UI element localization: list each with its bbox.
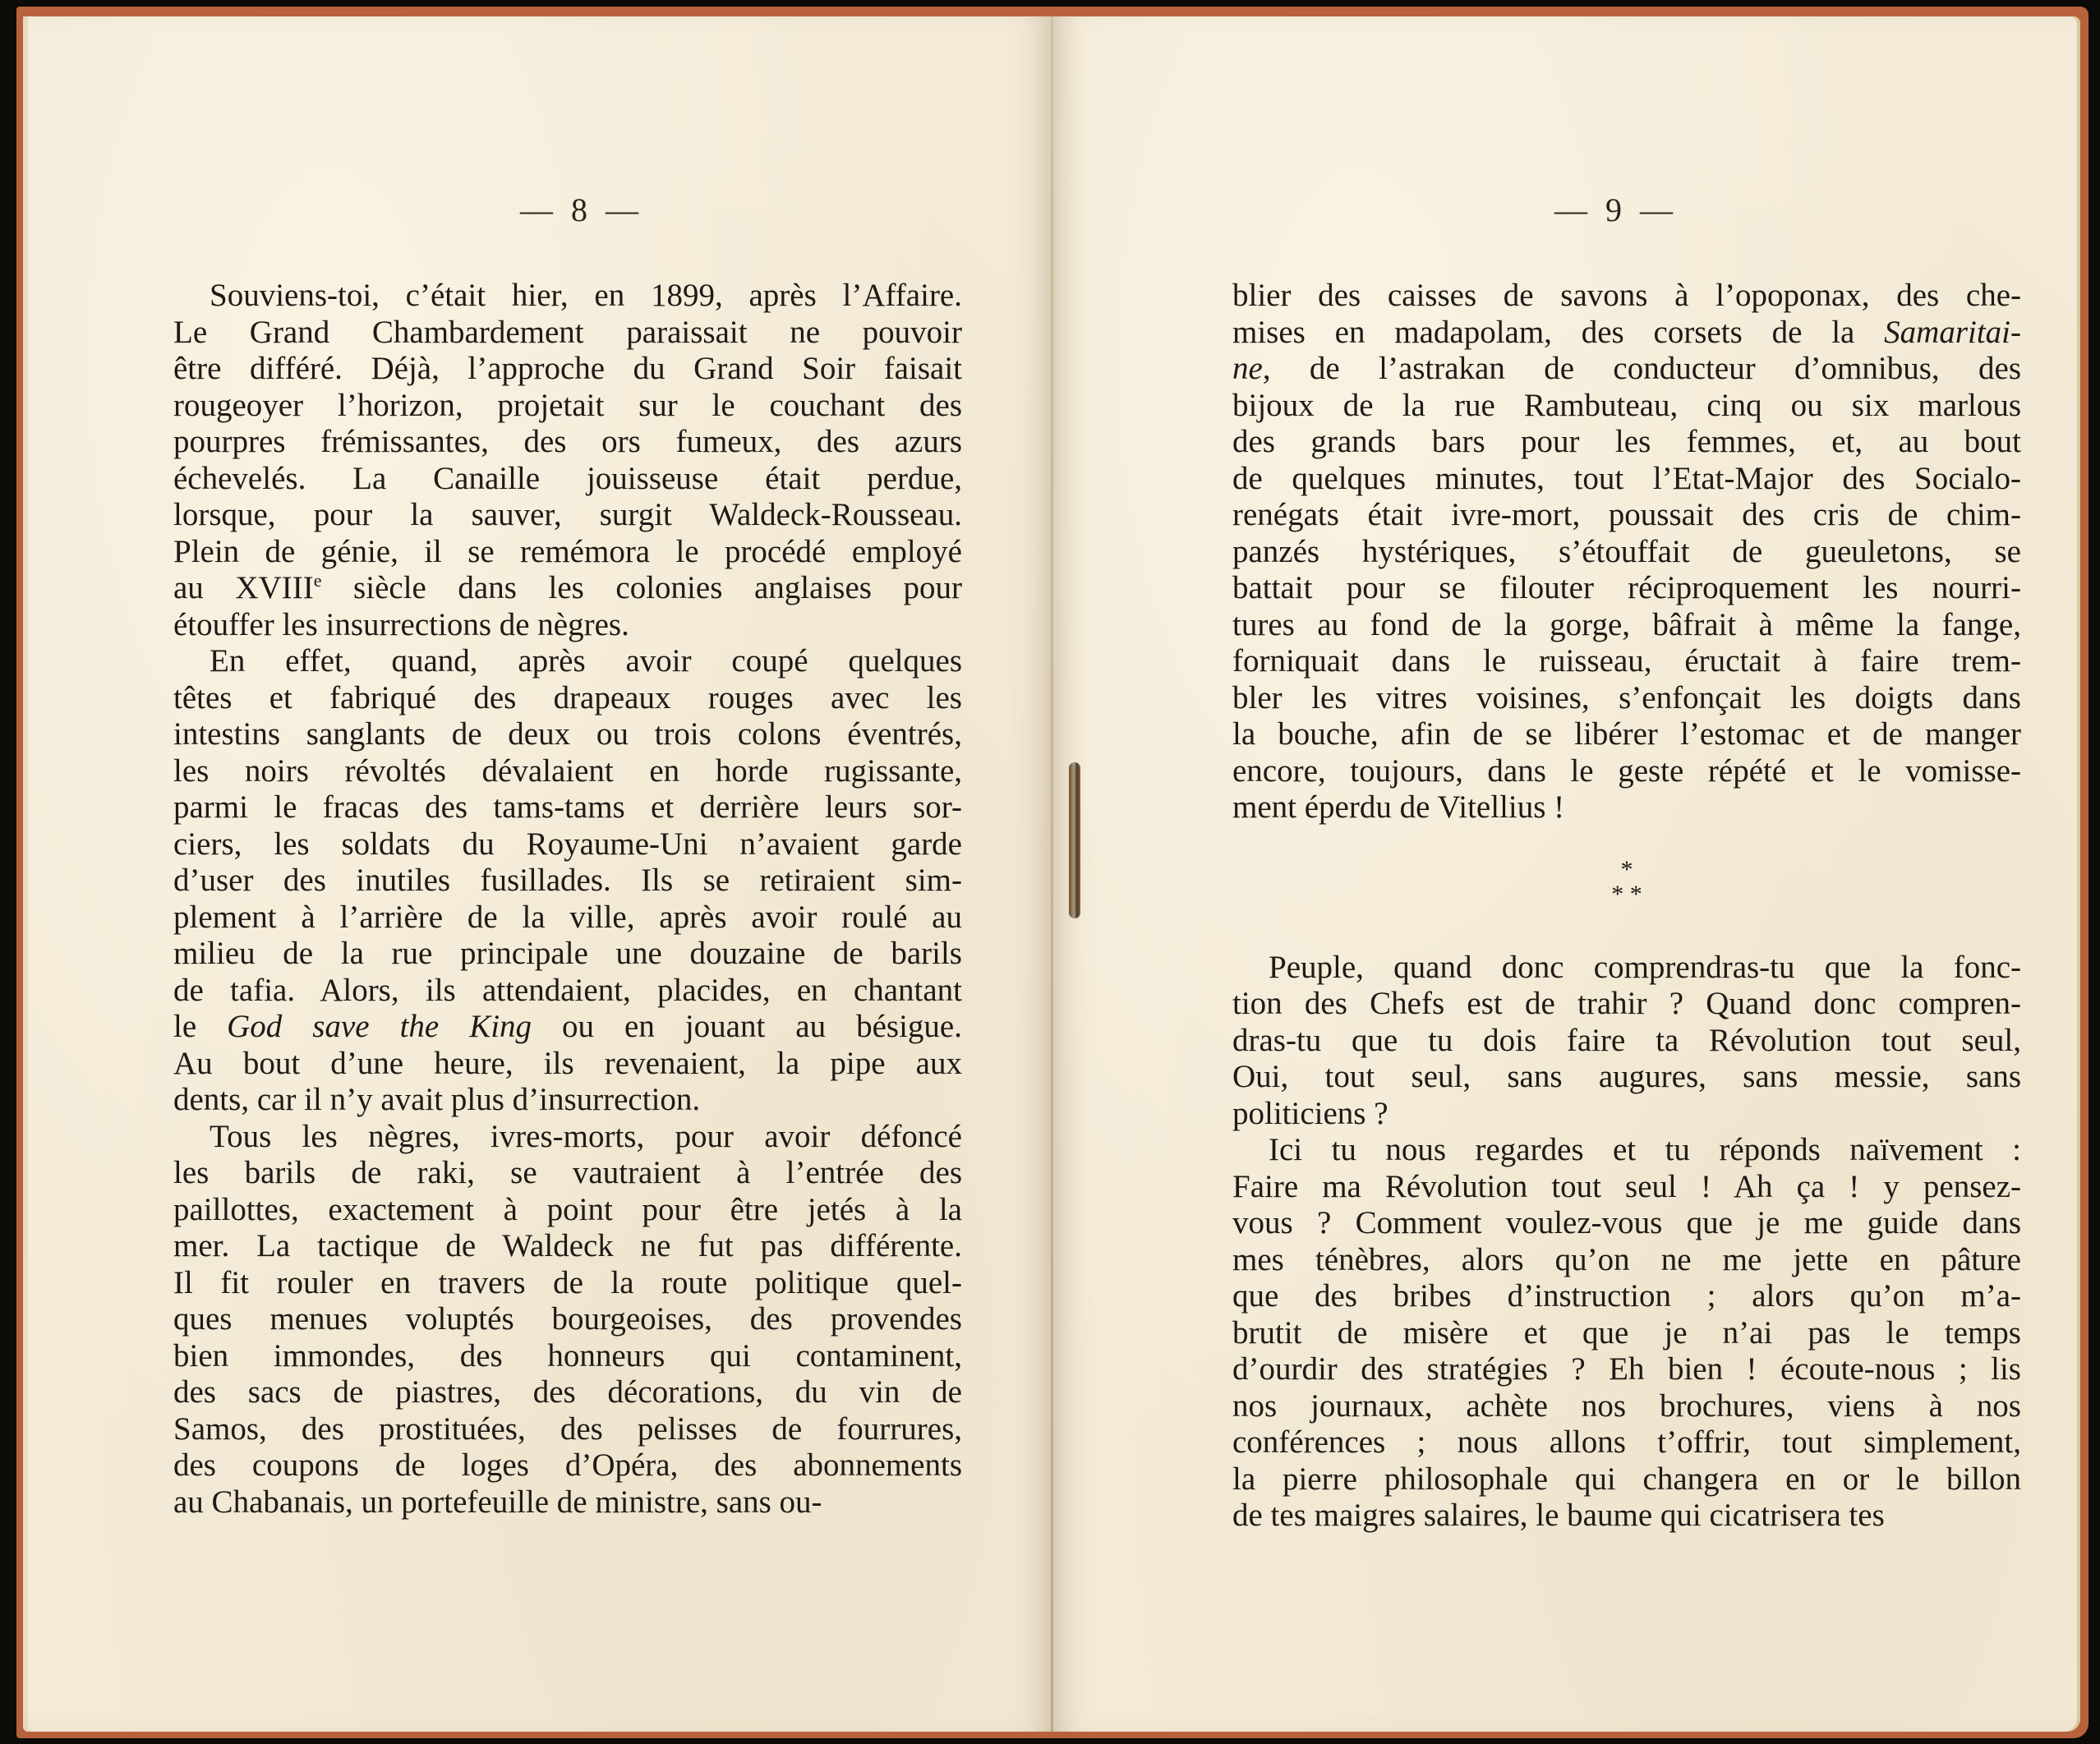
text-line: parmi le fracas des tams-tams et derrièr… xyxy=(173,789,962,826)
text-line: d’ourdir des stratégies ? Eh bien ! écou… xyxy=(1232,1351,2021,1388)
text-line: bijoux de la rue Rambuteau, cinq ou six … xyxy=(1232,388,2021,425)
text-line: têtes et fabriqué des drapeaux rouges av… xyxy=(173,680,962,717)
text-line: de quelques minutes, tout l’Etat-Major d… xyxy=(1232,461,2021,498)
text-line: tion des Chefs est de trahir ? Quand don… xyxy=(1232,986,2021,1023)
text-line: dents, car il n’y avait plus d’insurrect… xyxy=(173,1082,962,1119)
text-line: des grands bars pour les femmes, et, au … xyxy=(1232,424,2021,461)
text-line: lorsque, pour la sauver, surgit Waldeck-… xyxy=(173,497,962,534)
text-line: mises en madapolam, des corsets de la Sa… xyxy=(1232,315,2021,352)
text-line: Ici tu nous regardes et tu réponds naïve… xyxy=(1232,1132,2021,1169)
paragraph-1: Souviens-toi, c’était hier, en 1899, apr… xyxy=(173,278,962,643)
text-line: bien immondes, des honneurs qui contamin… xyxy=(173,1338,962,1375)
text-line: nos journaux, achète nos brochures, vien… xyxy=(1232,1388,2021,1425)
text-line: Oui, tout seul, sans augures, sans messi… xyxy=(1232,1059,2021,1096)
text-line: être différé. Déjà, l’approche du Grand … xyxy=(173,351,962,388)
text-line: mer. La tactique de Waldeck ne fut pas d… xyxy=(173,1228,962,1265)
text-line: paillottes, exactement à point pour être… xyxy=(173,1192,962,1229)
text-line: au Chabanais, un portefeuille de ministr… xyxy=(173,1484,962,1521)
right-page-text: blier des caisses de savons à l’opoponax… xyxy=(1232,278,2021,1535)
paragraph-3: Tous les nègres, ivres-morts, pour avoir… xyxy=(173,1119,962,1521)
text-line: Souviens-toi, c’était hier, en 1899, apr… xyxy=(173,278,962,315)
text-line: la bouche, afin de se libérer l’estomac … xyxy=(1232,716,2021,753)
text-line: Faire ma Révolution tout seul ! Ah ça ! … xyxy=(1232,1169,2021,1206)
text-line: battait pour se filouter réciproquement … xyxy=(1232,570,2021,607)
text-line: que des bribes d’instruction ; alors qu’… xyxy=(1232,1278,2021,1315)
text-line: au XVIIIe siècle dans les colonies angla… xyxy=(173,570,962,607)
text-line: Au bout d’une heure, ils revenaient, la … xyxy=(173,1046,962,1083)
text-line: renégats était ivre-mort, poussait des c… xyxy=(1232,497,2021,534)
text-line: d’user des inutiles fusillades. Ils se r… xyxy=(173,863,962,900)
text-line: intestins sanglants de deux ou trois col… xyxy=(173,716,962,753)
text-line: Peuple, quand donc comprendras-tu que la… xyxy=(1232,950,2021,987)
text-line: conférences ; nous allons t’offrir, tout… xyxy=(1232,1424,2021,1461)
text-line: bler les vitres voisines, s’enfonçait le… xyxy=(1232,680,2021,717)
text-line: milieu de la rue principale une douzaine… xyxy=(173,936,962,973)
text-line: forniquait dans le ruisseau, éructait à … xyxy=(1232,643,2021,680)
asterism-top: * xyxy=(1232,858,2021,882)
text-line: ques menues voluptés bourgeoises, des pr… xyxy=(173,1301,962,1338)
text-line: ciers, les soldats du Royaume-Uni n’avai… xyxy=(173,826,962,863)
text-line: Le Grand Chambardement paraissait ne pou… xyxy=(173,315,962,352)
text-line: des coupons de loges d’Opéra, des abonne… xyxy=(173,1447,962,1484)
text-line: le God save the King ou en jouant au bés… xyxy=(173,1009,962,1046)
text-line: plement à l’arrière de la ville, après a… xyxy=(173,900,962,936)
left-page: — 8 — Souviens-toi, c’était hier, en 189… xyxy=(23,16,1052,1732)
text-line: échevelés. La Canaille jouisseuse était … xyxy=(173,461,962,498)
paragraph-3: Ici tu nous regardes et tu réponds naïve… xyxy=(1232,1132,2021,1535)
binding-staple xyxy=(1069,762,1080,918)
text-line: blier des caisses de savons à l’opoponax… xyxy=(1232,278,2021,315)
text-line: encore, toujours, dans le geste répété e… xyxy=(1232,753,2021,790)
text-line: de tafia. Alors, ils attendaient, placid… xyxy=(173,973,962,1010)
asterism-bottom: * * xyxy=(1232,882,2021,907)
text-line: des sacs de piastres, des décorations, d… xyxy=(173,1374,962,1411)
text-line: pourpres frémissantes, des ors fumeux, d… xyxy=(173,424,962,461)
text-line: les noirs révoltés dévalaient en horde r… xyxy=(173,753,962,790)
italic-name: Samaritai- xyxy=(1884,315,2021,350)
text-line: mes ténèbres, alors qu’on ne me jette en… xyxy=(1232,1242,2021,1279)
text-line: ment éperdu de Vitellius ! xyxy=(1232,789,2021,826)
text-line: En effet, quand, après avoir coupé quelq… xyxy=(173,643,962,680)
text-line: Il fit rouler en travers de la route pol… xyxy=(173,1265,962,1302)
text-line: les barils de raki, se vautraient à l’en… xyxy=(173,1155,962,1192)
text-line: Tous les nègres, ivres-morts, pour avoir… xyxy=(173,1119,962,1156)
paragraph-2: Peuple, quand donc comprendras-tu que la… xyxy=(1232,950,2021,1133)
text-line: panzés hystériques, s’étouffait de gueul… xyxy=(1232,534,2021,571)
section-break-asterism: * * * xyxy=(1232,858,2021,907)
text-line: politiciens ? xyxy=(1232,1096,2021,1133)
text-line: vous ? Comment voulez-vous que je me gui… xyxy=(1232,1205,2021,1242)
italic-title: God save the King xyxy=(227,1009,532,1044)
page-number-9: — 9 — xyxy=(1493,191,1739,229)
text-line: tures au fond de la gorge, bâfrait à mêm… xyxy=(1232,607,2021,644)
text-line: la pierre philosophale qui changera en o… xyxy=(1232,1461,2021,1498)
text-line: rougeoyer l’horizon, projetait sur le co… xyxy=(173,388,962,425)
right-page: — 9 — blier des caisses de savons à l’op… xyxy=(1053,16,2080,1732)
left-page-text: Souviens-toi, c’était hier, en 1899, apr… xyxy=(173,278,962,1521)
superscript-e: e xyxy=(314,570,322,591)
italic-name: ne xyxy=(1232,351,1263,386)
paragraph-2: En effet, quand, après avoir coupé quelq… xyxy=(173,643,962,1119)
text-line: Plein de génie, il se remémora le procéd… xyxy=(173,534,962,571)
text-line: brutit de misère et que je n’ai pas le t… xyxy=(1232,1315,2021,1352)
paragraph-1: blier des caisses de savons à l’opoponax… xyxy=(1232,278,2021,826)
text-line: Samos, des prostituées, des pelisses de … xyxy=(173,1411,962,1448)
text-line: ne, de l’astrakan de conducteur d’omnibu… xyxy=(1232,351,2021,388)
text-line: étouffer les insurrections de nègres. xyxy=(173,607,962,644)
book-cover-edge: — 8 — Souviens-toi, c’était hier, en 189… xyxy=(16,7,2088,1738)
page-number-8: — 8 — xyxy=(458,191,705,229)
text-line: de tes maigres salaires, le baume qui ci… xyxy=(1232,1498,2021,1535)
text-line: dras-tu que tu dois faire ta Révolution … xyxy=(1232,1023,2021,1060)
